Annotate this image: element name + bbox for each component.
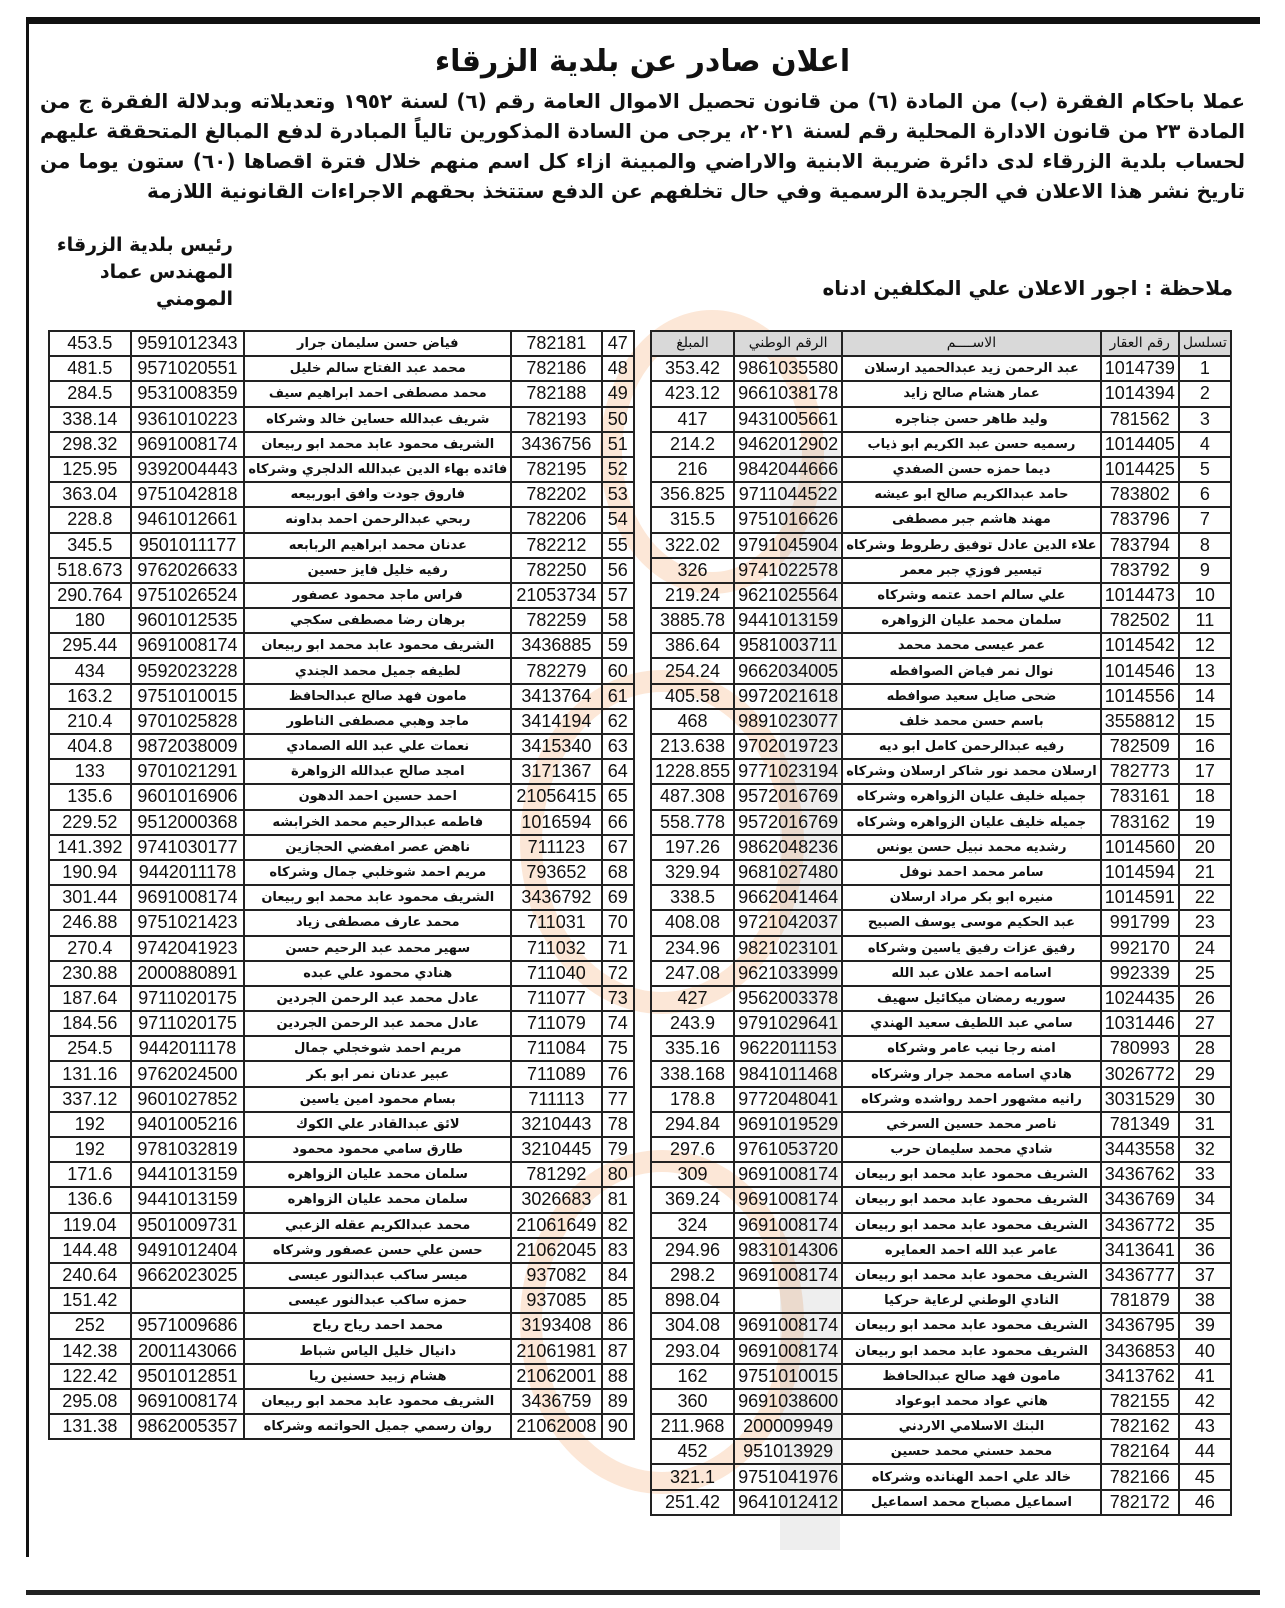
cell-amount: 240.64 <box>49 1263 131 1288</box>
table-row: 41014405رسميه حسن عبد الكريم ابو ذياب946… <box>651 432 1231 457</box>
cell-property-no: 3436772 <box>1101 1213 1179 1238</box>
table-row: 17782773ارسلان محمد نور شاكر ارسلان وشرك… <box>651 759 1231 784</box>
cell-national-id: 2000880891 <box>131 961 245 986</box>
cell-name: لطيفه جميل محمد الجندي <box>244 658 511 683</box>
cell-national-id: 9571020551 <box>131 356 245 381</box>
table-row: 413413762مامون فهد صالح عبدالحافظ9751010… <box>651 1364 1231 1389</box>
table-row: 8221061649محمد عبدالكريم عقله الزعبي9501… <box>49 1213 634 1238</box>
cell-property-no: 782188 <box>511 381 601 406</box>
cell-name: مريم احمد شوخجلي جمال <box>244 1036 511 1061</box>
cell-national-id: 9862005357 <box>131 1414 245 1439</box>
cell-amount: 386.64 <box>651 633 734 658</box>
cell-seq: 53 <box>602 482 634 507</box>
cell-property-no: 3210443 <box>511 1112 601 1137</box>
cell-name: الشريف محمود عابد محمد ابو ربيعان <box>244 633 511 658</box>
cell-name: عبد الحكيم موسى يوسف الصبيح <box>842 910 1101 935</box>
cell-national-id: 9702019723 <box>734 734 842 759</box>
table-row: 18783161جميله خليف عليان الزواهره وشركاه… <box>651 784 1231 809</box>
cell-property-no: 782195 <box>511 457 601 482</box>
cell-amount: 142.38 <box>49 1339 131 1364</box>
cell-national-id: 9442011178 <box>131 860 245 885</box>
cell-amount: 518.673 <box>49 558 131 583</box>
cell-property-no: 782502 <box>1101 608 1179 633</box>
cell-property-no: 711031 <box>511 910 601 935</box>
cell-name: طارق سامي محمود محمود <box>244 1137 511 1162</box>
table-row: 50782193شريف عبدالله حساين خالد وشركاه93… <box>49 407 634 432</box>
cell-seq: 43 <box>1179 1414 1231 1439</box>
table-row: 55782212عدنان محمد ابراهيم الربابعه95010… <box>49 533 634 558</box>
cell-amount: 133 <box>49 759 131 784</box>
cell-amount: 452 <box>651 1439 734 1464</box>
cell-national-id: 9662023025 <box>131 1263 245 1288</box>
table-row: 45782166خالد علي احمد الهنانده وشركاه975… <box>651 1464 1231 1489</box>
cell-amount: 180 <box>49 608 131 633</box>
cell-name: هادي اسامه محمد جرار وشركاه <box>842 1061 1101 1086</box>
cell-national-id: 9891023077 <box>734 709 842 734</box>
cell-amount: 190.94 <box>49 860 131 885</box>
cell-name: حامد عبدالكريم صالح ابو عيشه <box>842 482 1101 507</box>
cell-seq: 62 <box>602 709 634 734</box>
cell-amount: 315.5 <box>651 507 734 532</box>
cell-name: رشديه محمد نبيل حسن يونس <box>842 835 1101 860</box>
cell-name: دانيال خليل الياس شباط <box>244 1339 511 1364</box>
cell-seq: 39 <box>1179 1313 1231 1338</box>
cell-property-no: 781349 <box>1101 1112 1179 1137</box>
cell-amount: 122.42 <box>49 1364 131 1389</box>
cell-property-no: 711079 <box>511 1011 601 1036</box>
cell-seq: 7 <box>1179 507 1231 532</box>
table-row: 71711032سهير محمد عبد الرحيم حسن97420419… <box>49 936 634 961</box>
cell-seq: 24 <box>1179 936 1231 961</box>
cell-seq: 29 <box>1179 1061 1231 1086</box>
cell-amount: 558.778 <box>651 810 734 835</box>
cell-property-no: 782162 <box>1101 1414 1179 1439</box>
cell-seq: 31 <box>1179 1112 1231 1137</box>
table-row: 131014546نوال نمر فياض الصوافطه966203400… <box>651 658 1231 683</box>
cell-national-id: 9751016626 <box>734 507 842 532</box>
cell-national-id: 9681027480 <box>734 860 842 885</box>
table-row: 6521056415احمد حسين احمد الدهون960101690… <box>49 784 634 809</box>
cell-seq: 60 <box>602 658 634 683</box>
cell-amount: 423.12 <box>651 381 734 406</box>
cell-amount: 211.968 <box>651 1414 734 1439</box>
cell-amount: 329.94 <box>651 860 734 885</box>
cell-seq: 76 <box>602 1061 634 1086</box>
cell-name: الشريف محمود عابد محمد ابو ربيعان <box>842 1263 1101 1288</box>
cell-name: حسن علي حسن عصفور وشركاه <box>244 1238 511 1263</box>
cell-amount: 293.04 <box>651 1339 734 1364</box>
table-row: 47782181فياض حسن سليمان جرار959101234345… <box>49 331 634 356</box>
cell-property-no: 3413764 <box>511 684 601 709</box>
cell-seq: 16 <box>1179 734 1231 759</box>
table-row: 393436795الشريف محمود عابد محمد ابو ربيع… <box>651 1313 1231 1338</box>
cell-name: سلمان محمد عليان الزواهره <box>244 1187 511 1212</box>
cell-property-no: 782186 <box>511 356 601 381</box>
cell-name: تيسير فوزي جبر معمر <box>842 558 1101 583</box>
cell-name: امنه رجا نيب عامر وشركاه <box>842 1036 1101 1061</box>
cell-seq: 77 <box>602 1087 634 1112</box>
table-row: 121014542عمر عيسى محمد محمد9581003711386… <box>651 633 1231 658</box>
cell-property-no: 21061649 <box>511 1213 601 1238</box>
cell-name: حمزه ساكب عبدالنور عيسى <box>244 1288 511 1313</box>
cell-property-no: 3413762 <box>1101 1364 1179 1389</box>
cell-seq: 5 <box>1179 457 1231 482</box>
cell-amount: 345.5 <box>49 533 131 558</box>
cell-seq: 82 <box>602 1213 634 1238</box>
cell-property-no: 3026772 <box>1101 1061 1179 1086</box>
cell-property-no: 711032 <box>511 936 601 961</box>
cell-amount: 322.02 <box>651 533 734 558</box>
cell-amount: 408.08 <box>651 910 734 935</box>
cell-national-id: 9751041976 <box>734 1464 842 1489</box>
cell-national-id: 9622011153 <box>734 1036 842 1061</box>
cell-seq: 88 <box>602 1364 634 1389</box>
table-row: 49782188محمد مصطفى احمد ابراهيم سيف95310… <box>49 381 634 406</box>
cell-amount: 243.9 <box>651 1011 734 1036</box>
cell-seq: 22 <box>1179 885 1231 910</box>
cell-national-id: 9701021291 <box>131 759 245 784</box>
cell-property-no: 782172 <box>1101 1490 1179 1515</box>
cell-seq: 52 <box>602 457 634 482</box>
cell-amount: 338.14 <box>49 407 131 432</box>
cell-seq: 57 <box>602 583 634 608</box>
taxpayers-table-right: تسلسل رقم العقار الاســــم الرقم الوطني … <box>650 330 1232 1516</box>
cell-property-no: 783794 <box>1101 533 1179 558</box>
cell-seq: 23 <box>1179 910 1231 935</box>
cell-amount: 247.08 <box>651 961 734 986</box>
cell-property-no: 782279 <box>511 658 601 683</box>
cell-national-id: 9641012412 <box>734 1490 842 1515</box>
cell-property-no: 1031446 <box>1101 1011 1179 1036</box>
announcement-body: عملا باحكام الفقرة (ب) من المادة (٦) من … <box>40 86 1245 206</box>
cell-seq: 8 <box>1179 533 1231 558</box>
cell-seq: 38 <box>1179 1288 1231 1313</box>
cell-name: احمد حسين احمد الدهون <box>244 784 511 809</box>
table-body-right: 11014739عبد الرحمن زيد عبدالحميد ارسلان9… <box>651 356 1231 1515</box>
cell-name: روان رسمي جميل الحواتمه وشركاه <box>244 1414 511 1439</box>
cell-national-id: 9441013159 <box>131 1162 245 1187</box>
cell-seq: 44 <box>1179 1439 1231 1464</box>
cell-seq: 89 <box>602 1389 634 1414</box>
cell-national-id: 9572016769 <box>734 784 842 809</box>
table-row: 221014591منيره ابو بكر مراد ارسلان966204… <box>651 885 1231 910</box>
cell-national-id: 9691019529 <box>734 1112 842 1137</box>
cell-property-no: 21062001 <box>511 1364 601 1389</box>
cell-property-no: 782206 <box>511 507 601 532</box>
cell-seq: 21 <box>1179 860 1231 885</box>
cell-seq: 72 <box>602 961 634 986</box>
cell-property-no: 782164 <box>1101 1439 1179 1464</box>
cell-property-no: 21053734 <box>511 583 601 608</box>
cell-seq: 35 <box>1179 1213 1231 1238</box>
cell-name: ديما حمزه حسن الصفدي <box>842 457 1101 482</box>
cell-name: علي سالم احمد عتمه وشركاه <box>842 583 1101 608</box>
cell-amount: 353.42 <box>651 356 734 381</box>
cell-seq: 15 <box>1179 709 1231 734</box>
table-row: 101014473علي سالم احمد عتمه وشركاه962102… <box>651 583 1231 608</box>
cell-property-no: 3436795 <box>1101 1313 1179 1338</box>
cell-amount: 119.04 <box>49 1213 131 1238</box>
cell-name: محمد عبدالكريم عقله الزعبي <box>244 1213 511 1238</box>
cell-national-id: 9461012661 <box>131 507 245 532</box>
cell-property-no: 3436759 <box>511 1389 601 1414</box>
cell-amount: 187.64 <box>49 986 131 1011</box>
cell-amount: 427 <box>651 986 734 1011</box>
cell-amount: 234.96 <box>651 936 734 961</box>
table-row: 153558812باسم حسن محمد خلف9891023077468 <box>651 709 1231 734</box>
cell-seq: 47 <box>602 331 634 356</box>
cell-amount: 144.48 <box>49 1238 131 1263</box>
table-row: 271031446سامي عبد اللطيف سعيد الهندي9791… <box>651 1011 1231 1036</box>
header-name: الاســــم <box>842 331 1101 356</box>
cell-national-id: 9831014306 <box>734 1238 842 1263</box>
cell-property-no: 3436885 <box>511 633 601 658</box>
cell-national-id: 9771023194 <box>734 759 842 784</box>
cell-amount: 230.88 <box>49 961 131 986</box>
table-body-left: 47782181فياض حسن سليمان جرار959101234345… <box>49 331 634 1439</box>
cell-amount: 214.2 <box>651 432 734 457</box>
cell-property-no: 21056415 <box>511 784 601 809</box>
cell-national-id: 9772048041 <box>734 1087 842 1112</box>
cell-property-no: 1014425 <box>1101 457 1179 482</box>
cell-seq: 14 <box>1179 684 1231 709</box>
cell-national-id: 9661038178 <box>734 381 842 406</box>
cell-property-no: 937085 <box>511 1288 601 1313</box>
cell-amount: 131.38 <box>49 1414 131 1439</box>
cell-property-no: 1014739 <box>1101 356 1179 381</box>
cell-national-id: 9691008174 <box>734 1263 842 1288</box>
cell-seq: 13 <box>1179 658 1231 683</box>
cell-national-id <box>131 1288 245 1313</box>
cell-property-no: 3436777 <box>1101 1263 1179 1288</box>
cell-amount: 3885.78 <box>651 608 734 633</box>
cell-national-id: 9872038009 <box>131 734 245 759</box>
table-row: 813026683سلمان محمد عليان الزواهره944101… <box>49 1187 634 1212</box>
cell-national-id: 9791045904 <box>734 533 842 558</box>
cell-property-no: 793652 <box>511 860 601 885</box>
cell-seq: 71 <box>602 936 634 961</box>
table-row: 44782164محمد حسني محمد حسين951013929452 <box>651 1439 1231 1464</box>
cell-seq: 27 <box>1179 1011 1231 1036</box>
cell-name: لائق عبدالقادر علي الكوك <box>244 1112 511 1137</box>
table-row: 783210443لائق عبدالقادر علي الكوك9401005… <box>49 1112 634 1137</box>
cell-seq: 3 <box>1179 407 1231 432</box>
cell-name: شريف عبدالله حساين خالد وشركاه <box>244 407 511 432</box>
cell-amount: 254.24 <box>651 658 734 683</box>
cell-name: ماجد وهبي مصطفى الناطور <box>244 709 511 734</box>
table-row: 46782172اسماعيل مصباح محمد اسماعيل964101… <box>651 1490 1231 1515</box>
cell-national-id: 9621025564 <box>734 583 842 608</box>
cell-property-no: 782155 <box>1101 1389 1179 1414</box>
cell-name: عامر عبد الله احمد العمايره <box>842 1238 1101 1263</box>
cell-national-id: 9711044522 <box>734 482 842 507</box>
cell-property-no: 21062008 <box>511 1414 601 1439</box>
table-row: 323443558شادي محمد سليمان حرب97610537202… <box>651 1137 1231 1162</box>
table-row: 73711077عادل محمد عبد الرحمن الجردين9711… <box>49 986 634 1011</box>
cell-property-no: 781292 <box>511 1162 601 1187</box>
cell-property-no: 783792 <box>1101 558 1179 583</box>
cell-seq: 41 <box>1179 1364 1231 1389</box>
cell-property-no: 711077 <box>511 986 601 1011</box>
table-row: 28780993امنه رجا نيب عامر وشركاه96220111… <box>651 1036 1231 1061</box>
table-row: 8821062001هشام زبيد حسنين ريا95010128511… <box>49 1364 634 1389</box>
cell-amount: 369.24 <box>651 1187 734 1212</box>
cell-amount: 162 <box>651 1364 734 1389</box>
cell-name: عادل محمد عبد الرحمن الجردين <box>244 1011 511 1036</box>
cell-name: محمد مصطفى احمد ابراهيم سيف <box>244 381 511 406</box>
cell-name: ربحي عبدالرحمن احمد بداونه <box>244 507 511 532</box>
header-amount: المبلغ <box>651 331 734 356</box>
cell-name: الشريف محمود عابد محمد ابو ربيعان <box>842 1187 1101 1212</box>
cell-national-id: 9862048236 <box>734 835 842 860</box>
cell-seq: 46 <box>1179 1490 1231 1515</box>
cell-seq: 25 <box>1179 961 1231 986</box>
cell-national-id: 9361010223 <box>131 407 245 432</box>
cell-national-id: 9742041923 <box>131 936 245 961</box>
cell-name: امجد صالح عبدالله الزواهرة <box>244 759 511 784</box>
cell-amount: 197.26 <box>651 835 734 860</box>
cell-amount: 252 <box>49 1313 131 1338</box>
cell-amount: 335.16 <box>651 1036 734 1061</box>
cell-name: رفيه عبدالرحمن كامل ابو ديه <box>842 734 1101 759</box>
cell-property-no: 1014394 <box>1101 381 1179 406</box>
cell-national-id: 9972021618 <box>734 684 842 709</box>
cell-seq: 90 <box>602 1414 634 1439</box>
cell-seq: 12 <box>1179 633 1231 658</box>
table-row: 80781292سلمان محمد عليان الزواهره9441013… <box>49 1162 634 1187</box>
table-row: 333436762الشريف محمود عابد محمد ابو ربيع… <box>651 1162 1231 1187</box>
cell-national-id: 9691008174 <box>131 432 245 457</box>
cell-name: سامر محمد احمد نوفل <box>842 860 1101 885</box>
table-row: 16782509رفيه عبدالرحمن كامل ابو ديه97020… <box>651 734 1231 759</box>
table-header-row: تسلسل رقم العقار الاســــم الرقم الوطني … <box>651 331 1231 356</box>
cell-amount: 321.1 <box>651 1464 734 1489</box>
cell-national-id: 9601016906 <box>131 784 245 809</box>
cell-national-id: 9572016769 <box>734 810 842 835</box>
cell-amount: 487.308 <box>651 784 734 809</box>
cell-name: فائده بهاء الدين عبدالله الدلجري وشركاه <box>244 457 511 482</box>
cell-national-id: 9691008174 <box>131 885 245 910</box>
cell-amount: 246.88 <box>49 910 131 935</box>
cell-seq: 36 <box>1179 1238 1231 1263</box>
cell-name: اسماعيل مصباح محمد اسماعيل <box>842 1490 1101 1515</box>
cell-amount: 270.4 <box>49 936 131 961</box>
cell-name: خالد علي احمد الهنانده وشركاه <box>842 1464 1101 1489</box>
cell-property-no: 1014542 <box>1101 633 1179 658</box>
cell-national-id: 9861035580 <box>734 356 842 381</box>
cell-property-no: 3436756 <box>511 432 601 457</box>
cell-seq: 1 <box>1179 356 1231 381</box>
cell-seq: 87 <box>602 1339 634 1364</box>
cell-national-id: 9751010015 <box>131 684 245 709</box>
cell-amount: 309 <box>651 1162 734 1187</box>
cell-name: فراس ماجد محمود عصفور <box>244 583 511 608</box>
table-row: 84937082ميسر ساكب عبدالنور عيسى966202302… <box>49 1263 634 1288</box>
cell-amount: 326 <box>651 558 734 583</box>
cell-seq: 84 <box>602 1263 634 1288</box>
cell-seq: 18 <box>1179 784 1231 809</box>
header-national-id: الرقم الوطني <box>734 331 842 356</box>
cell-national-id: 9392004443 <box>131 457 245 482</box>
cell-name: الشريف محمود عابد محمد ابو ربيعان <box>842 1213 1101 1238</box>
cell-seq: 58 <box>602 608 634 633</box>
cell-amount: 363.04 <box>49 482 131 507</box>
table-row: 363413641عامر عبد الله احمد العمايره9831… <box>651 1238 1231 1263</box>
table-row: 72711040هنادي محمود علي عبده200088089123… <box>49 961 634 986</box>
cell-name: النادي الوطني لرعاية حركيا <box>842 1288 1101 1313</box>
table-row: 633415340نعمات علي عبد الله الصمادي98720… <box>49 734 634 759</box>
cell-name: رفيه خليل فايز حسين <box>244 558 511 583</box>
signature-block: رئيس بلدية الزرقاء المهندس عماد المومني <box>48 232 233 313</box>
cell-amount: 404.8 <box>49 734 131 759</box>
cell-property-no: 782212 <box>511 533 601 558</box>
cell-amount: 898.04 <box>651 1288 734 1313</box>
table-row: 793210445طارق سامي محمود محمود9781032819… <box>49 1137 634 1162</box>
header-property-no: رقم العقار <box>1101 331 1179 356</box>
table-row: 9783792تيسير فوزي جبر معمر9741022578326 <box>651 558 1231 583</box>
cell-property-no: 711123 <box>511 835 601 860</box>
cell-seq: 83 <box>602 1238 634 1263</box>
cell-amount: 434 <box>49 658 131 683</box>
cell-property-no: 780993 <box>1101 1036 1179 1061</box>
cell-name: فاروق جودت وافق ابوربيعه <box>244 482 511 507</box>
cell-name: هاني عواد محمد ابوعواد <box>842 1389 1101 1414</box>
table-row: 863193408محمد احمد رياح رياح957100968625… <box>49 1313 634 1338</box>
cell-name: عمر عيسى محمد محمد <box>842 633 1101 658</box>
cell-amount: 219.24 <box>651 583 734 608</box>
signature-name: المهندس عماد المومني <box>48 259 233 313</box>
table-row: 23991799عبد الحكيم موسى يوسف الصبيح97210… <box>651 910 1231 935</box>
table-row: 11782502سلمان محمد عليان الزواهره9441013… <box>651 608 1231 633</box>
cell-name: سلمان محمد عليان الزواهره <box>244 1162 511 1187</box>
cell-amount: 216 <box>651 457 734 482</box>
cell-property-no: 1014594 <box>1101 860 1179 885</box>
cell-property-no: 783796 <box>1101 507 1179 532</box>
cell-national-id: 9531008359 <box>131 381 245 406</box>
cell-name: فياض حسن سليمان جرار <box>244 331 511 356</box>
cell-property-no: 21061981 <box>511 1339 601 1364</box>
cell-amount: 1228.855 <box>651 759 734 784</box>
cell-national-id: 9501011177 <box>131 533 245 558</box>
cell-national-id: 9711020175 <box>131 1011 245 1036</box>
cell-seq: 85 <box>602 1288 634 1313</box>
cell-property-no: 783802 <box>1101 482 1179 507</box>
cell-name: ناصر محمد حسين السرخي <box>842 1112 1101 1137</box>
cell-name: الشريف محمود عابد محمد ابو ربيعان <box>842 1313 1101 1338</box>
cell-amount: 295.08 <box>49 1389 131 1414</box>
cell-seq: 40 <box>1179 1339 1231 1364</box>
table-row: 19783162جميله خليف عليان الزواهره وشركاه… <box>651 810 1231 835</box>
cell-property-no: 1016594 <box>511 810 601 835</box>
table-row: 51014425ديما حمزه حسن الصفدي984204466621… <box>651 457 1231 482</box>
table-row: 70711031محمد عارف مصطفى زياد975102142324… <box>49 910 634 935</box>
cell-amount: 141.392 <box>49 835 131 860</box>
cell-seq: 65 <box>602 784 634 809</box>
cell-national-id: 9751042818 <box>131 482 245 507</box>
table-row: 56782250رفيه خليل فايز حسين9762026633518… <box>49 558 634 583</box>
cell-amount: 304.08 <box>651 1313 734 1338</box>
cell-national-id: 9781032819 <box>131 1137 245 1162</box>
table-row: 67711123ناهض عصر امفضي الحجازين974103017… <box>49 835 634 860</box>
table-row: 74711079عادل محمد عبد الرحمن الجردين9711… <box>49 1011 634 1036</box>
table-row: 60782279لطيفه جميل محمد الجندي9592023228… <box>49 658 634 683</box>
table-row: 21014394عمار هشام صالح زايد9661038178423… <box>651 381 1231 406</box>
cell-amount: 284.5 <box>49 381 131 406</box>
cell-property-no: 992339 <box>1101 961 1179 986</box>
cell-name: شادي محمد سليمان حرب <box>842 1137 1101 1162</box>
table-row: 261024435سوريه رمضان ميكائيل سهيف9562003… <box>651 986 1231 1011</box>
cell-seq: 19 <box>1179 810 1231 835</box>
